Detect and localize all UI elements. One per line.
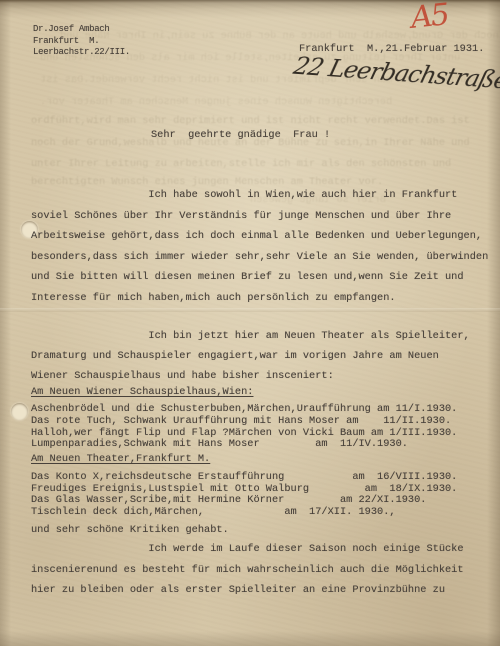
archival-number-red-pencil: A5 [410, 0, 450, 34]
bleedthrough-line: unter Ihrer Leitung zu arbeiten,stelle i… [31, 158, 451, 170]
heading-neues-theater-frankfurt: Am Neuen Theater,Frankfurt M. [31, 453, 210, 465]
salutation: Sehr geehrte gnädige Frau ! [151, 129, 330, 141]
letter-page: noch der Grund,weshalb und heute an der … [0, 0, 500, 646]
handwritten-street-annotation: 22 Leerbachstraße [291, 51, 500, 95]
paragraph-engagement: Ich bin jetzt hier am Neuen Theater als … [31, 326, 470, 386]
paragraph-introduction: Ich habe sowohl in Wien,wie auch hier in… [31, 185, 488, 308]
bleedthrough-line: ordführt,wird man sehr deprimiert und is… [31, 115, 470, 127]
production-list-wien: Aschenbrödel und die Schusterbuben,Märch… [31, 404, 457, 451]
fold-crease [0, 308, 500, 312]
bleedthrough-line: berechtigten Wunsch eines jungen Mensche… [40, 96, 392, 108]
kritiken-line: und sehr schöne Kritiken gehabt. [31, 524, 229, 536]
production-list-frankfurt: Das Konto X,reichsdeutsche Erstaufführun… [31, 472, 457, 518]
punch-hole [11, 403, 28, 420]
paragraph-season-outlook: Ich werde im Laufe dieser Saison noch ei… [31, 539, 464, 601]
sender-address: Dr.Josef Ambach Frankfurt M. Leerbachstr… [33, 24, 130, 59]
heading-wiener-schauspielhaus: Am Neuen Wiener Schauspielhaus,Wien: [31, 386, 253, 398]
